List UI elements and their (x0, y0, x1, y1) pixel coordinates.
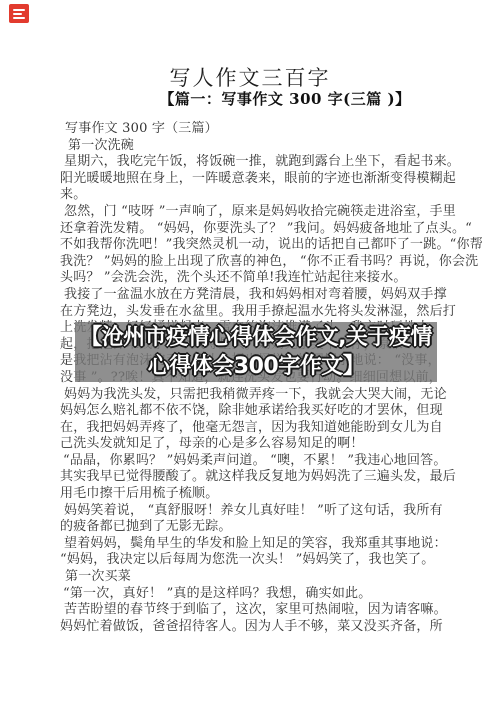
text-line: 苦苦盼望的春节终于到临了，这次，家里可热闹啦，因为请客嘛。 (60, 602, 450, 619)
text-line: 写事作文 300 字（三篇） (60, 121, 450, 138)
text-line: 妈妈忙着做饭，爸爸招待客人。因为人手不够，菜又没买齐备，所 (60, 619, 450, 636)
red-badge (9, 4, 29, 23)
text-line: 第一次买菜 (60, 569, 450, 586)
text-line: “品晶，你累吗？ ”妈妈柔声问道。 “噢，不累！ ”我违心地回答。 (60, 453, 450, 470)
section-subtitle: 【篇一：写事作文 300 字(三篇 )】 (70, 88, 500, 109)
text-line: 在，我把妈妈弄疼了，他毫无怨言，因为我知道她能盼到女儿为自 (60, 420, 450, 437)
text-line: 己洗头发就知足了，母亲的心是多么容易知足的啊！ (60, 436, 450, 453)
text-line: 星期六，我吃完午饭，将饭碗一推，就跑到露台上坐下，看起书来。 (60, 154, 450, 171)
text-line: 妈妈怎么赔礼都不依不饶，除非她承诺给我买好吃的才罢休，但现 (60, 403, 450, 420)
text-line: 妈妈笑着说， “真舒服呀！养女儿真好哇！ ”听了这句话，我所有 (60, 503, 450, 520)
badge-glyph-stroke (13, 17, 25, 19)
watermark-text-line1: 【沧州市疫情心得体会作文,关于疫情 (80, 323, 432, 352)
text-line: 其实我早已觉得腰酸了。就这样我反复地为妈妈洗了三遍头发，最后 (60, 469, 450, 486)
badge-glyph-stroke (13, 13, 22, 15)
text-line: 我接了一盆温水放在方凳清晨，我和妈妈相对弯着腰，妈妈双手撑 (60, 287, 450, 304)
text-line: 头吗？ ”会洗会洗，洗个头还不简单!我连忙站起往来接水。 (60, 270, 450, 287)
text-line: “妈妈，我决定以后每周为您洗一次头！ ”妈妈笑了，我也笑了。 (60, 552, 450, 569)
watermark-overlay: 【沧州市疫情心得体会作文,关于疫情 心得体会300字作文】 (75, 322, 437, 382)
text-line: 阳光暖暖地照在身上，一阵暖意袭来，眼前的字迹也渐渐变得模糊起 (60, 171, 450, 188)
text-line: 妈妈为我洗头发，只需把我稍微弄疼一下，我就会大哭大闹，无论 (60, 387, 450, 404)
text-line: 还拿着洗发精。 “妈妈，你要洗头了？ ”我问。妈妈疲备地址了点头。“ (60, 221, 450, 238)
text-line: 在方凳边，头发垂在水盆里。我用手撩起温水先将头发淋湿，然后打 (60, 304, 450, 321)
text-line: 用毛巾擦干后用梳子梳顺。 (60, 486, 450, 503)
page: { "badge": { "color": "#e23b2e" }, "head… (0, 0, 500, 708)
text-line: 忽然，门 “吱呀 ”一声响了，原来是妈妈收拾完碗筷走进浴室，手里 (60, 204, 450, 221)
text-line: 望着妈妈，鬓角早生的华发和脸上知足的笑容，我郑重其事地说： (60, 536, 450, 553)
text-line: “第一次，真好！ ”真的是这样吗？我想，确实如此。 (60, 586, 450, 603)
text-line: 不如我帮你洗吧！”我突然灵机一动，说出的话把自己都吓了一跳。“你帮 (60, 237, 450, 254)
text-line: 第一次洗碗 (60, 138, 450, 155)
text-line: 我洗？ ”妈妈的脸上出现了欣喜的神色， “你不正看书吗？再说，你会洗 (60, 254, 450, 271)
text-line: 的疲备都已抛到了无影无踪。 (60, 519, 450, 536)
watermark-text-line2: 心得体会300字作文】 (148, 352, 364, 381)
text-line: 来。 (60, 187, 450, 204)
badge-glyph-stroke (13, 9, 25, 11)
